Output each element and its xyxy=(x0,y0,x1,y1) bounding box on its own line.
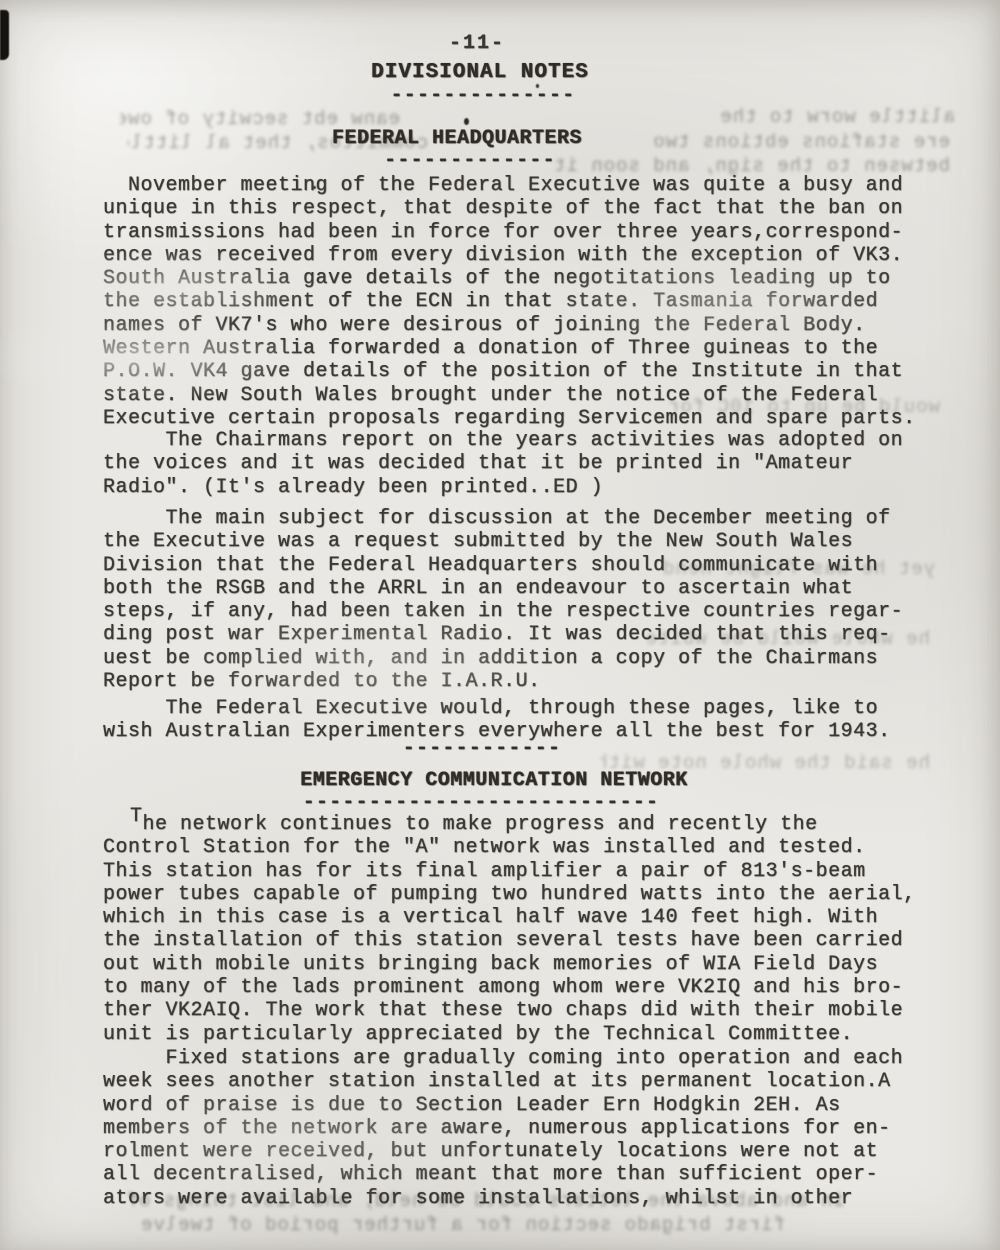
federal-paragraph-december-meeting: The main subject for discussion at the D… xyxy=(103,507,948,693)
federal-paragraph-chairmans-report: The Chairmans report on the years activi… xyxy=(103,429,948,499)
raised-initial-letter: T xyxy=(130,805,143,828)
page-title: DIVISIONAL NOTES xyxy=(0,61,980,84)
emergency-heading-underline-rule: --------------------------- xyxy=(0,791,981,814)
scanned-document-page: eanw ebt secwity of owe alittle worw to … xyxy=(0,0,1000,1250)
section-end-rule: ------------ xyxy=(0,737,982,760)
ink-speck xyxy=(464,118,469,125)
emergency-paragraph-network-progress: The network continues to make progress a… xyxy=(103,813,948,1046)
emergency-paragraph-network-progress-text: he network continues to make progress an… xyxy=(103,813,916,1046)
emergency-paragraph-fixed-stations: Fixed stations are gradually coming into… xyxy=(103,1047,948,1210)
page-number: -11- xyxy=(0,32,977,55)
title-underline-rule: -------------- xyxy=(0,84,983,107)
federal-paragraph-november-meeting: November meeting of the Federal Executiv… xyxy=(103,174,948,430)
section-heading-emergency-communication-network: EMERGENCY COMMUNICATION NETWORK xyxy=(0,769,994,792)
federal-heading-underline-rule: ------------- xyxy=(0,149,970,172)
section-heading-federal-headquarters: FEDERAL HEADQUARTERS xyxy=(0,127,957,150)
bleedthrough-text: first brigado section for a further pori… xyxy=(135,1214,785,1236)
bleedthrough-text: alittle worw to the xyxy=(555,106,955,128)
